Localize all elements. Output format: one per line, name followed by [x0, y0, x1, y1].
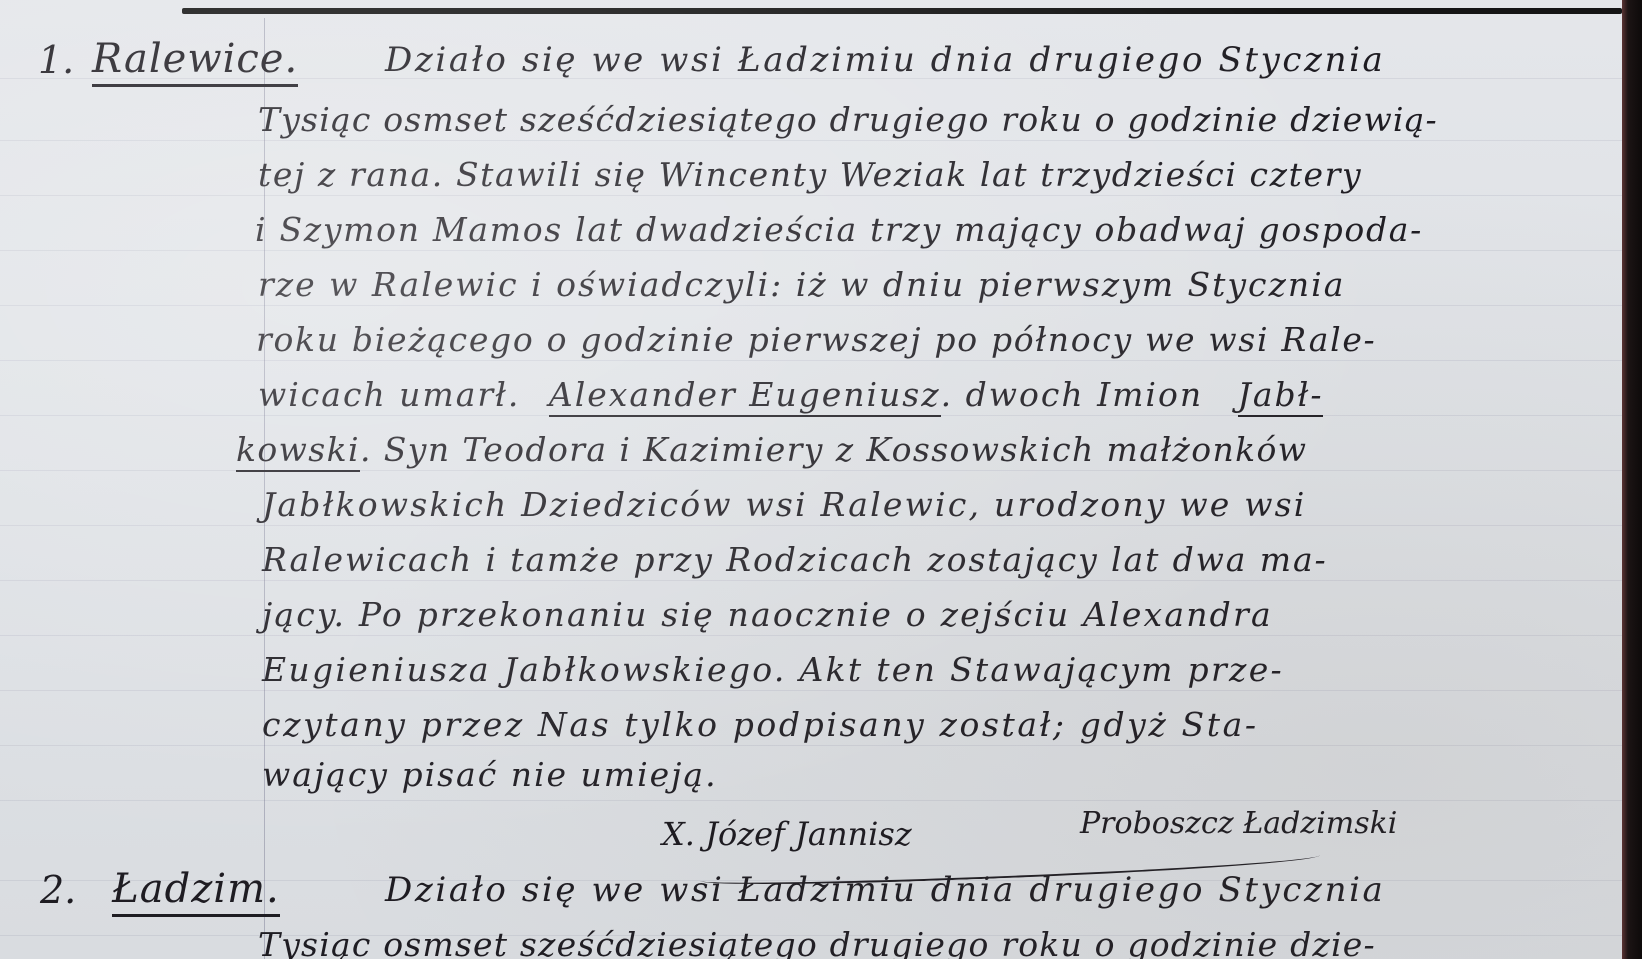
entry-number: 1. [38, 38, 74, 82]
entry-line: Działo się we wsi Ładzimiu dnia drugiego… [385, 870, 1385, 910]
entry-line: Działo się we wsi Ładzimiu dnia drugiego… [385, 40, 1385, 80]
entry-line: czytany przez Nas tylko podpisany został… [262, 705, 1259, 744]
ruling-line [0, 305, 1622, 306]
top-rule [182, 8, 1622, 14]
ruling-line [0, 140, 1622, 141]
ruling-line [0, 250, 1622, 251]
entry-line: kowski. Syn Teodora i Kazimiery z Kossow… [236, 430, 1307, 469]
register-page: 1. Ralewice. Działo się we wsi Ładzimiu … [0, 0, 1622, 959]
entry-line: tej z rana. Stawili się Wincenty Weziak … [258, 155, 1362, 194]
ruling-line [0, 580, 1622, 581]
ruling-line [0, 360, 1622, 361]
ruling-line [0, 800, 1622, 801]
ruling-line [0, 690, 1622, 691]
ruling-line [0, 195, 1622, 196]
deceased-surname: Jabł- [1238, 375, 1324, 417]
entry-place: Ralewice. [92, 36, 298, 87]
deceased-surname: kowski [236, 430, 360, 472]
entry-text: . Syn Teodora i Kazimiery z Kossowskich … [360, 430, 1307, 469]
entry-line: rze w Ralewic i oświadczyli: iż w dniu p… [258, 265, 1345, 304]
entry-line: Eugieniusza Jabłkowskiego. Akt ten Stawa… [262, 650, 1284, 689]
entry-line: Tysiąc osmset sześćdziesiątego drugiego … [258, 100, 1438, 139]
deceased-name: Alexander Eugeniusz [549, 375, 941, 417]
entry-line: wający pisać nie umieją. [262, 755, 718, 794]
ruling-line [0, 635, 1622, 636]
entry-text: wicach umarł. [258, 375, 520, 414]
entry-line: Jabłkowskich Dziedziców wsi Ralewic, uro… [262, 485, 1307, 524]
entry-line: wicach umarł. Alexander Eugeniusz. dwoch… [258, 375, 1323, 414]
ruling-line [0, 745, 1622, 746]
priest-title: Proboszcz Ładzimski [1080, 806, 1397, 841]
entry-line: Ralewicach i tamże przy Rodzicach zostaj… [262, 540, 1328, 579]
entry-line: Tysiąc osmset sześćdziesiątego drugiego … [258, 925, 1376, 959]
ruling-line [0, 525, 1622, 526]
book-binding-edge [1622, 0, 1642, 959]
entry-text: . dwoch Imion [941, 375, 1203, 414]
priest-signature: X. Józef Jannisz [662, 815, 912, 853]
entry-line: jący. Po przekonaniu się naocznie o zejś… [262, 595, 1273, 634]
entry-number: 2. [40, 868, 76, 912]
entry-place: Ładzim. [112, 866, 280, 917]
entry-line: roku bieżącego o godzinie pierwszej po p… [256, 320, 1376, 359]
entry-line: i Szymon Mamos lat dwadzieścia trzy mają… [255, 210, 1423, 249]
